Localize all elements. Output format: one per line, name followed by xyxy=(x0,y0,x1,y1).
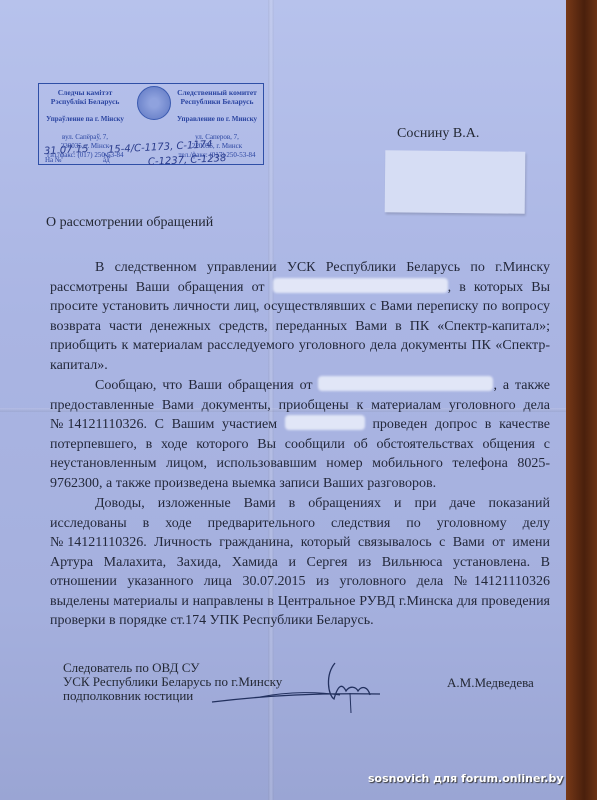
paragraph-2: Сообщаю, что Ваши обращения от , а также… xyxy=(50,376,550,493)
stamp-dept-by: Упраўленне па г. Мінску xyxy=(39,115,131,124)
p2-text-a: Сообщаю, что Ваши обращения от xyxy=(95,378,313,393)
redaction-paper-slip xyxy=(385,150,526,213)
stamp-addr-by-1: вул. Сапёраў, 7, xyxy=(39,133,131,142)
state-emblem-icon xyxy=(137,86,171,120)
p3-text: Доводы, изложенные Вами в обращениях и п… xyxy=(50,494,550,631)
stamp-na-number-label: На № xyxy=(45,156,62,165)
handwritten-signature-icon xyxy=(210,655,390,715)
stamp-org-ru-2: Республики Беларусь xyxy=(171,97,263,106)
paragraph-1: В следственном управлении УСК Республики… xyxy=(50,258,550,375)
table-background xyxy=(565,0,597,800)
redacted-date-2 xyxy=(318,376,493,391)
stamp-ad-label: ад xyxy=(103,156,110,165)
stamp-org-by-2: Рэспублікі Беларусь xyxy=(39,97,131,106)
redacted-date-3 xyxy=(285,415,365,430)
signer-name: А.М.Медведева xyxy=(447,675,534,691)
document-page: Следчы камітэт Рэспублікі Беларусь Упраў… xyxy=(0,0,566,800)
watermark: sosnovich для forum.onliner.by xyxy=(368,772,564,785)
paragraph-3: Доводы, изложенные Вами в обращениях и п… xyxy=(50,494,550,631)
stamp-org-by-1: Следчы камітэт xyxy=(39,88,131,97)
handwritten-date: 31.07.15 xyxy=(44,144,89,157)
letter-subject: О рассмотрении обращений xyxy=(46,215,213,231)
stamp-dept-ru: Управление по г. Минску xyxy=(171,115,263,124)
stamp-org-ru-1: Следственный комитет xyxy=(171,88,263,97)
addressee: Соснину В.А. xyxy=(397,126,479,142)
redacted-date-1 xyxy=(273,278,448,293)
